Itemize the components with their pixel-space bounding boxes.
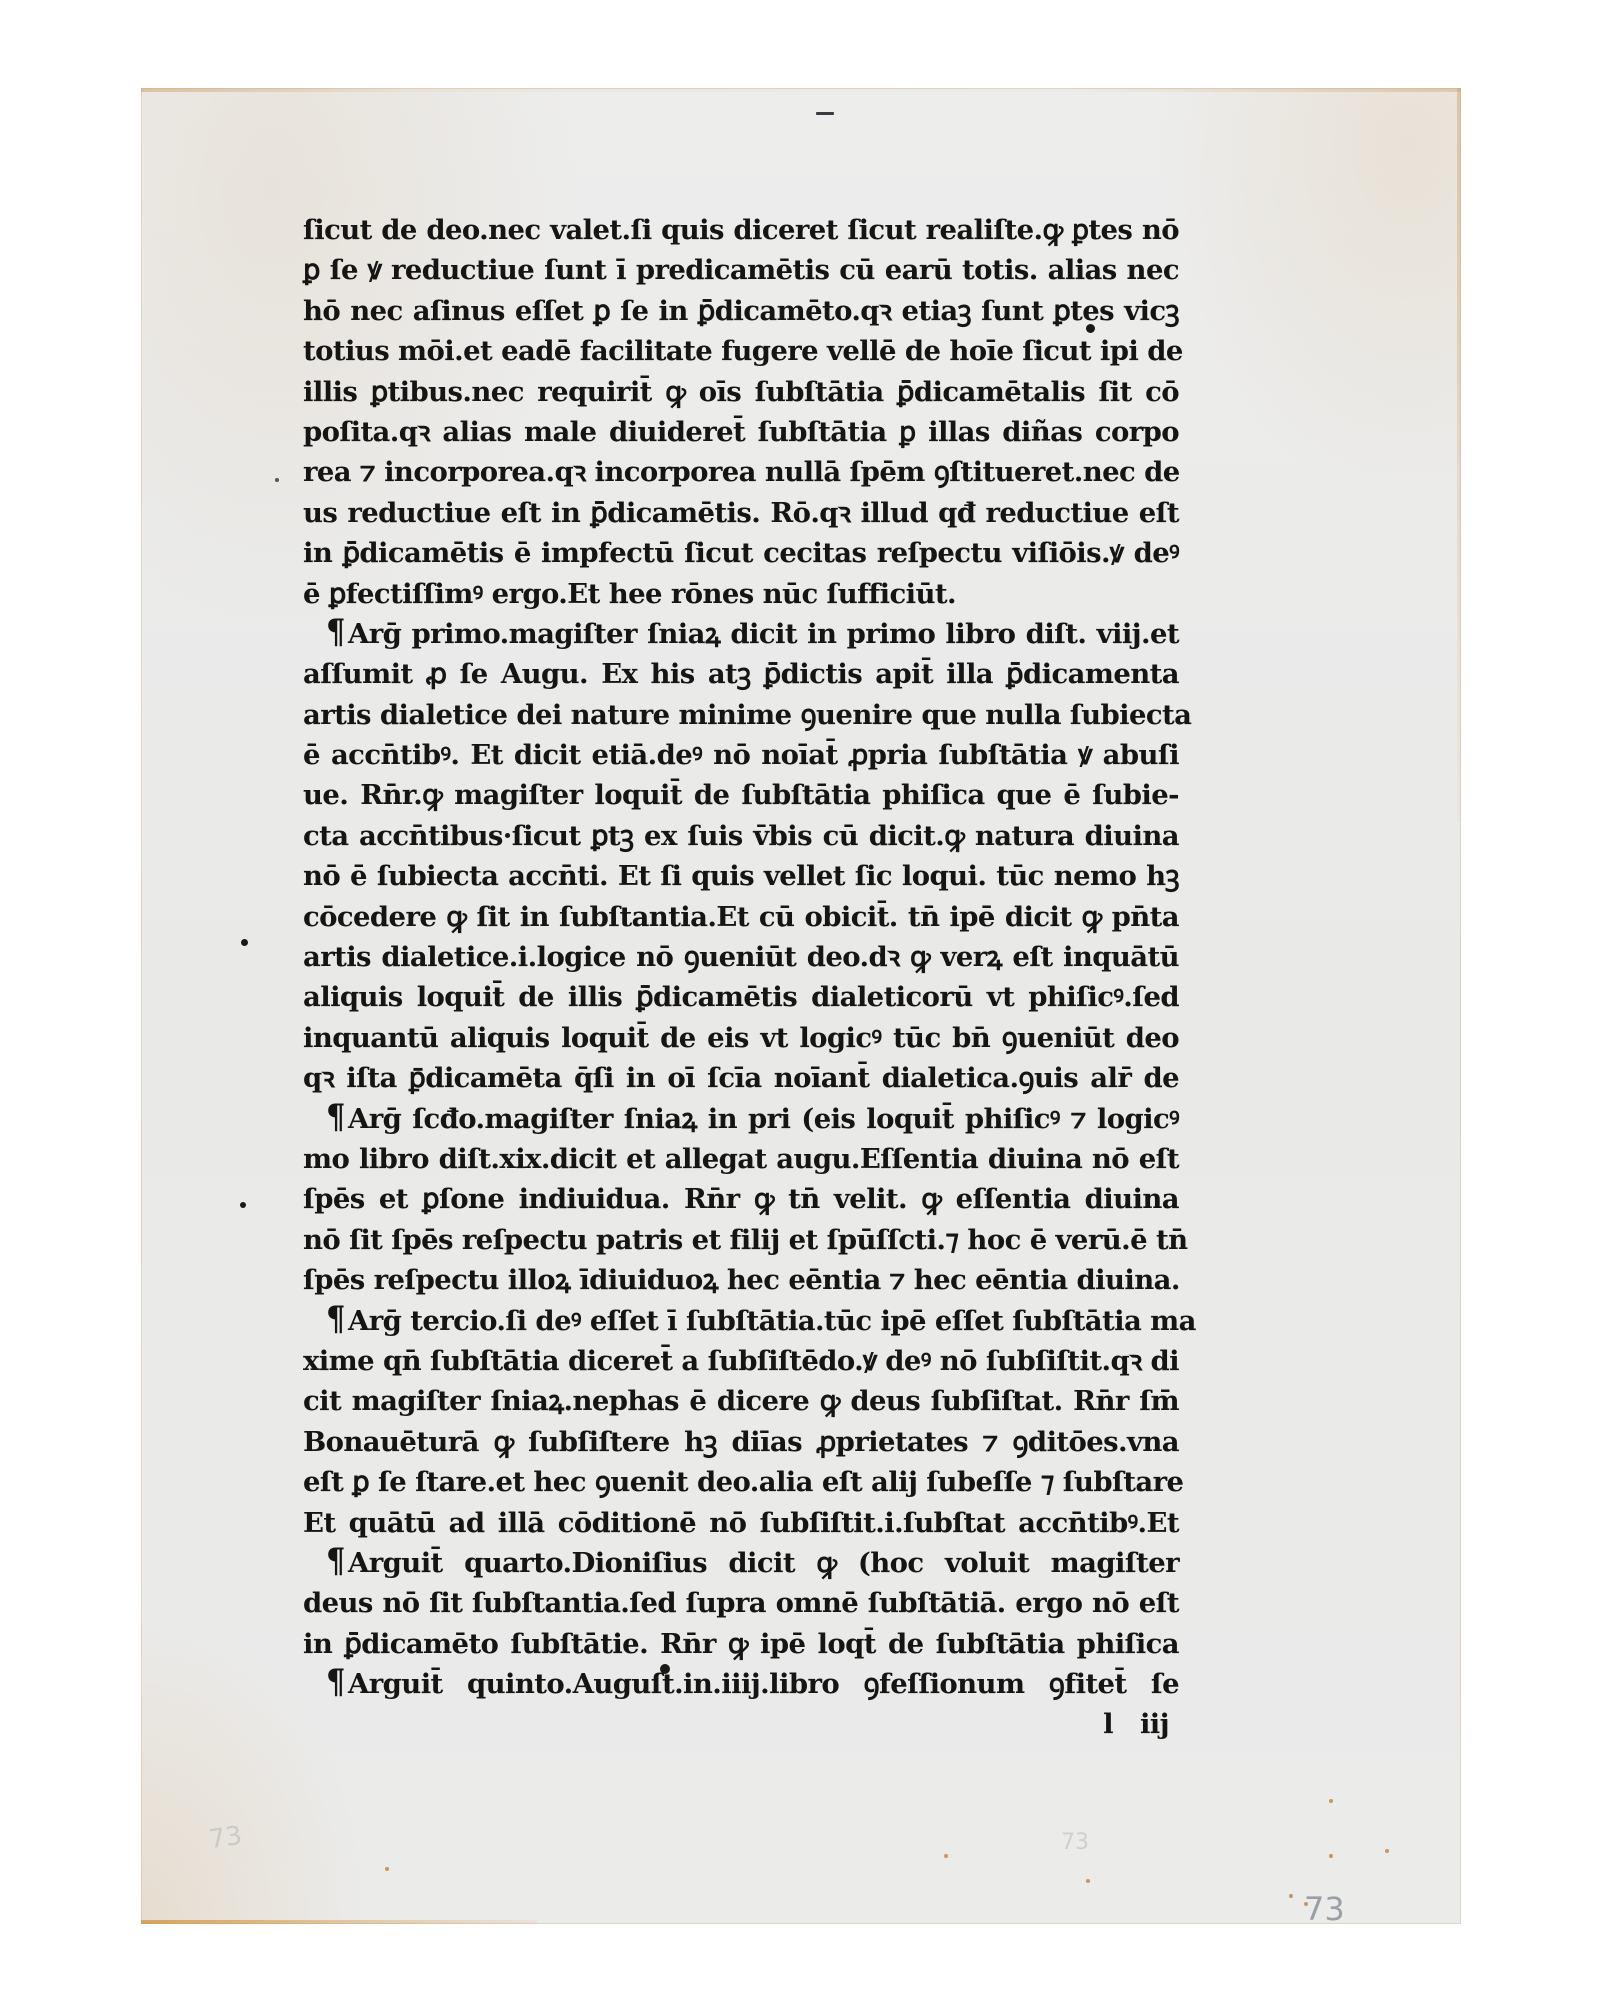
foxing-speck — [1086, 1879, 1090, 1883]
paragraph-mark-icon: ¶ — [326, 1102, 345, 1132]
margin-dot — [241, 939, 248, 946]
text-line: inquantū aliquis loquit̄ de eis vt logic… — [303, 1018, 1179, 1058]
foxing-speck — [1329, 1854, 1333, 1858]
text-line: ē accn̄tibꝰ. Et dicit etiā.deꝰ nō noīat̄… — [303, 735, 1179, 775]
text-line: ſpēs et ꝑſone indiuidua. Rn̄r ꝙ tn̄ veli… — [303, 1179, 1179, 1219]
text-line: Arḡ primo.magiſter ſniaꝝ dicit in primo … — [348, 618, 1179, 650]
paragraph-line: ¶Arḡ primo.magiſter ſniaꝝ dicit in primo… — [303, 614, 1179, 654]
text-line: Arḡ ſcđo.magiſter ſniaꝝ in pri (eis loqu… — [348, 1103, 1179, 1135]
text-line: cta accn̄tibus·ſicut ꝑtꝫ ex ſuis v̄bis c… — [303, 816, 1179, 856]
text-line: mo libro diſt.xix.dicit et allegat augu.… — [303, 1139, 1179, 1179]
paragraph-line: ¶Arguit̄ quarto.Dioniſius dicit ꝙ (hoc v… — [303, 1543, 1179, 1583]
pencil-note-bottom-left: 73 — [207, 1821, 244, 1855]
text-line: poſita.qꝛ alias male diuideret̄ ſubſtāti… — [303, 412, 1179, 452]
bottom-edge-stain — [141, 1920, 537, 1924]
text-line: ſicut de deo.nec valet.ſi quis diceret ſ… — [303, 210, 1179, 250]
signature-mark: l iij — [303, 1704, 1179, 1744]
text-line: illis ꝑtibus.nec requirit̄ ꝙ oīs ſubſtāt… — [303, 372, 1179, 412]
paragraph-mark-icon: ¶ — [326, 1667, 345, 1697]
text-line: xime qn̄ ſubſtātia diceret̄ a ſubſiſtēdo… — [303, 1341, 1179, 1381]
text-line: us reductiue eſt in ꝑ̄dicamētis. Rō.qꝛ i… — [303, 493, 1179, 533]
paragraph-line: ¶Arguit̄ quinto.Auguſt.in.iiij.libro ꝯfe… — [303, 1664, 1179, 1704]
top-center-mark — [816, 112, 834, 115]
foxing-speck — [1329, 1799, 1333, 1803]
text-line: in ꝑ̄dicamēto ſubſtātie. Rn̄r ꝙ ipē loqt… — [303, 1624, 1179, 1664]
text-line: ue. Rn̄r.ꝙ magiſter loquit̄ de ſubſtātia… — [303, 775, 1179, 815]
text-line: Arguit̄ quarto.Dioniſius dicit ꝙ (hoc vo… — [348, 1547, 1179, 1579]
text-line: qꝛ iſta ꝑ̄dicamēta q̄ſi in oī ſcīa noīan… — [303, 1058, 1179, 1098]
text-line: eſt ꝑ ſe ſtare.et hec ꝯuenit deo.alia eſ… — [303, 1462, 1179, 1502]
manuscript-leaf: ſicut de deo.nec valet.ſi quis diceret ſ… — [141, 88, 1461, 1924]
foxing-speck — [385, 1867, 389, 1871]
pencil-note-bottom-right: 73 — [1304, 1890, 1345, 1928]
text-line: cōcedere ꝙ ſit in ſubſtantia.Et cū obici… — [303, 897, 1179, 937]
text-line: deus nō ſit ſubſtantia.ſed ſupra omnē ſu… — [303, 1583, 1179, 1623]
text-line: Bonauēturā ꝙ ſubſiſtere hꝫ diīas ꝓprieta… — [303, 1422, 1179, 1462]
margin-dot — [240, 1202, 246, 1208]
foxing-speck — [1289, 1894, 1293, 1898]
text-line: Et quātū ad illā cōditionē nō ſubſiſtit.… — [303, 1503, 1179, 1543]
text-line: aliquis loquit̄ de illis ꝑ̄dicamētis dia… — [303, 977, 1179, 1017]
text-line: artis dialetice dei nature minime ꝯuenir… — [303, 695, 1179, 735]
paragraph-line: ¶Arḡ ſcđo.magiſter ſniaꝝ in pri (eis loq… — [303, 1099, 1179, 1139]
text-line: Arḡ tercio.ſi deꝰ eſſet ī ſubſtātia.tūc … — [348, 1305, 1196, 1337]
text-line: ē ꝑfectiſſimꝰ ergo.Et hee rōnes nūc ſuff… — [303, 574, 1179, 614]
text-line: artis dialetice.i.logice nō ꝯueniūt deo.… — [303, 937, 1179, 977]
pencil-note-bottom-center: 73 — [1061, 1830, 1089, 1855]
text-line: nō ſit ſpēs reſpectu patris et filij et … — [303, 1220, 1179, 1260]
ink-dot — [1086, 324, 1095, 333]
text-line: Arguit̄ quinto.Auguſt.in.iiij.libro ꝯfeſ… — [348, 1668, 1179, 1700]
paragraph-line: ¶Arḡ tercio.ſi deꝰ eſſet ī ſubſtātia.tūc… — [303, 1301, 1179, 1341]
text-line: ꝑ ſe ꝟ reductiue ſunt ī predicamētis cū … — [303, 250, 1179, 290]
paragraph-mark-icon: ¶ — [326, 1546, 345, 1576]
text-line: ſpēs reſpectu illoꝝ īdiuiduoꝝ hec eēntia… — [303, 1260, 1179, 1300]
text-line: cit magiſter ſniaꝝ.nephas ē dicere ꝙ deu… — [303, 1381, 1179, 1421]
foxing-speck — [944, 1854, 948, 1858]
ink-dot — [660, 1664, 670, 1674]
top-edge-stain — [141, 88, 1461, 92]
ink-dot — [275, 478, 279, 482]
text-line: rea ⁊ incorporea.qꝛ incorporea nullā ſpē… — [303, 452, 1179, 492]
text-block: ſicut de deo.nec valet.ſi quis diceret ſ… — [303, 210, 1179, 1745]
text-line: nō ē ſubiecta accn̄ti. Et ſi quis vellet… — [303, 856, 1179, 896]
right-edge-stain — [1457, 88, 1461, 822]
text-line: aſſumit ꝓ ſe Augu. Ex his atꝫ ꝑ̄dictis a… — [303, 654, 1179, 694]
text-line: in ꝑ̄dicamētis ē impfectū ſicut cecitas … — [303, 533, 1179, 573]
paragraph-mark-icon: ¶ — [326, 1304, 345, 1334]
text-line: totius mōi.et eadē facilitate fugere vel… — [303, 331, 1179, 371]
foxing-speck — [1385, 1849, 1389, 1853]
text-line: hō nec aſinus eſſet ꝑ ſe in ꝑ̄dicamēto.q… — [303, 291, 1179, 331]
paragraph-mark-icon: ¶ — [326, 617, 345, 647]
